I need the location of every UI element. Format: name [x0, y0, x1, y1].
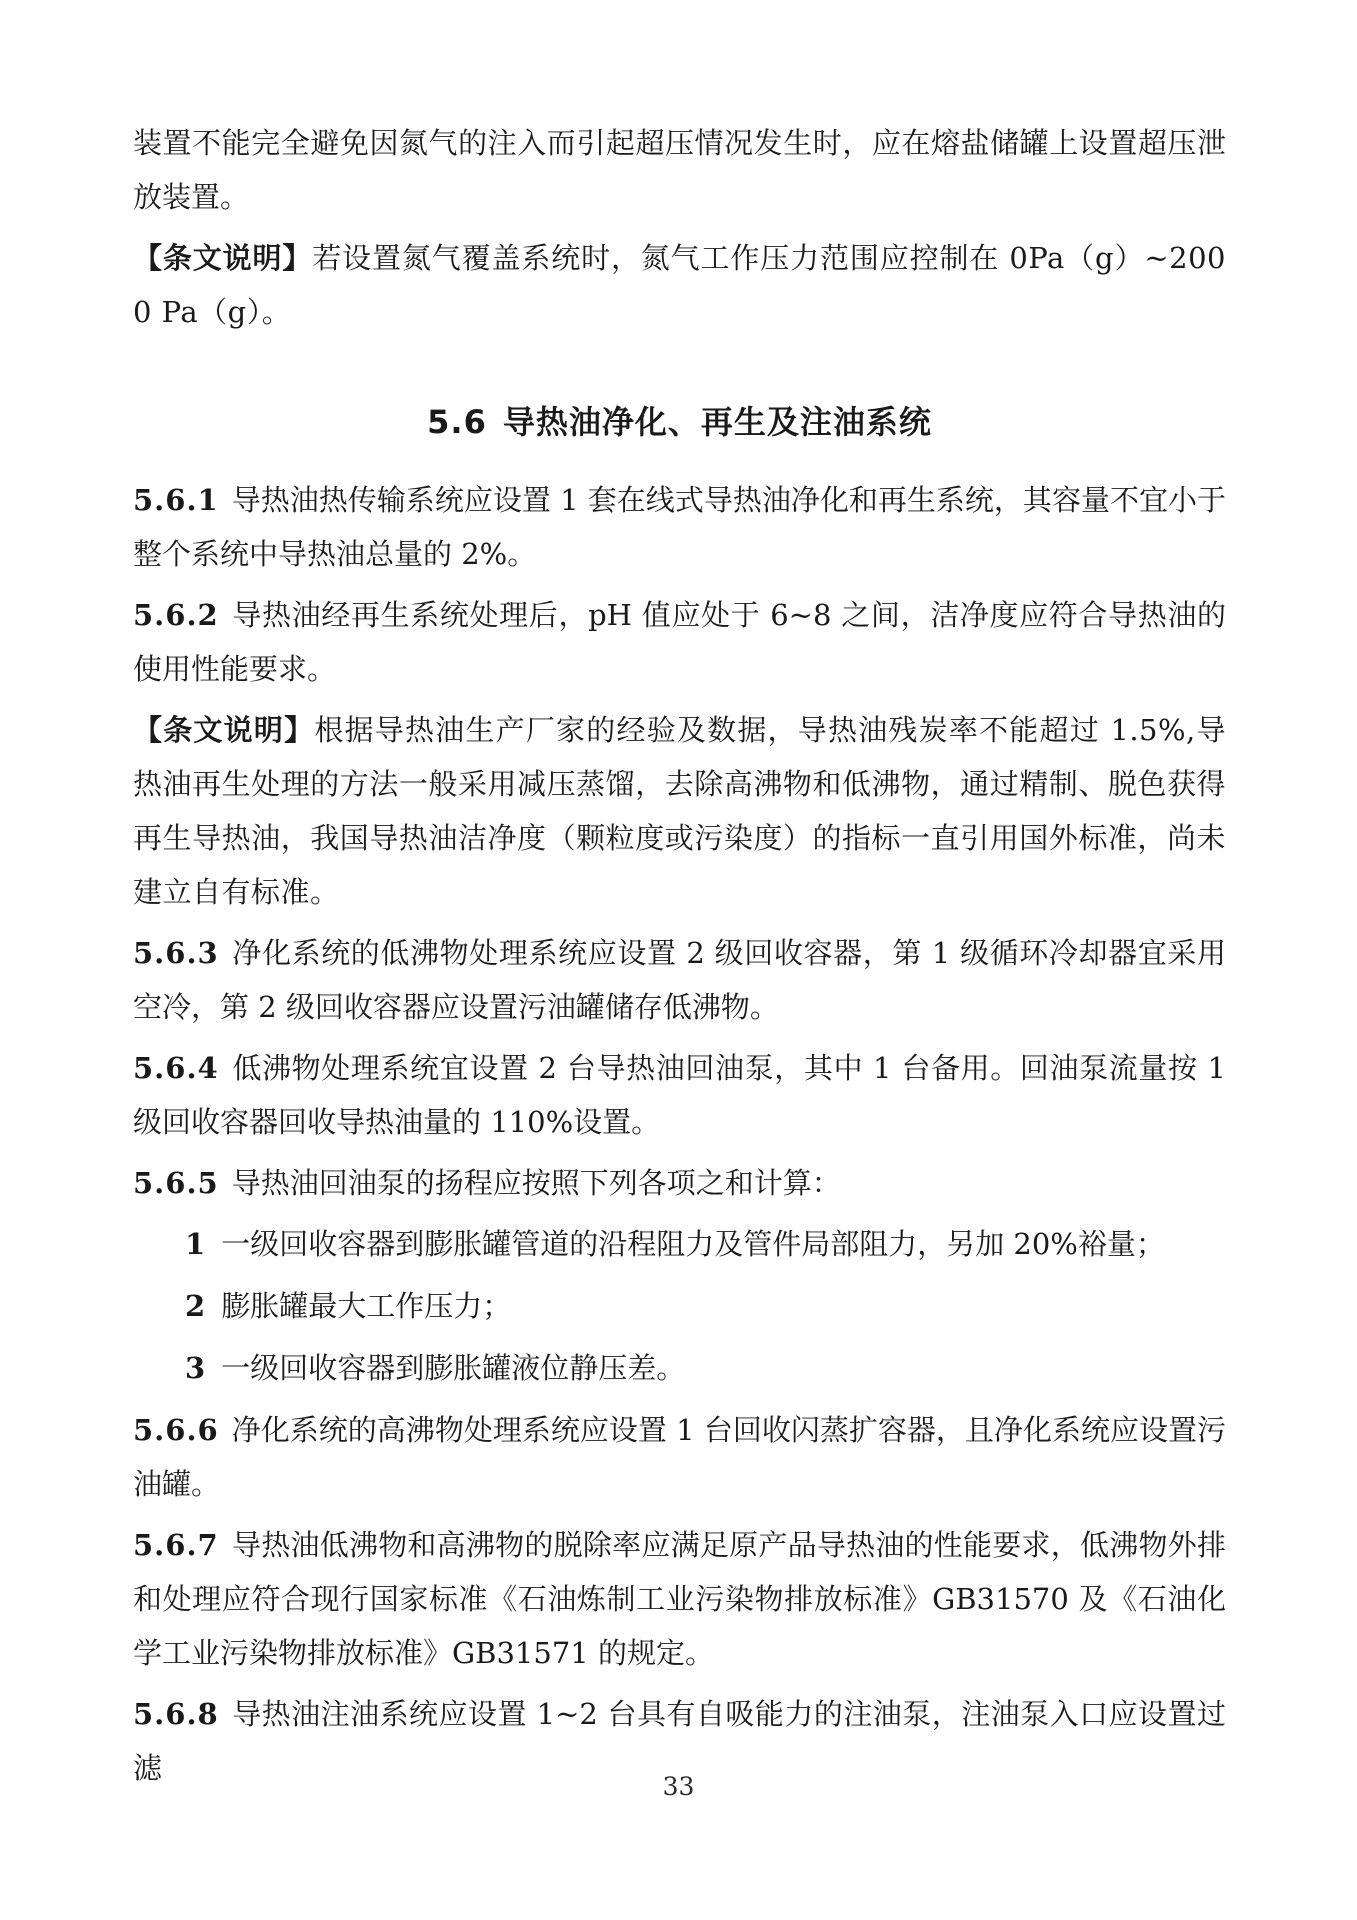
- page-number: 33: [0, 1772, 1357, 1801]
- clause-number: 5.6.7: [133, 1528, 219, 1562]
- list-item-2: 2膨胀罐最大工作压力；: [133, 1279, 1226, 1333]
- clause-number: 5.6.4: [133, 1051, 219, 1085]
- clause-text: 低沸物处理系统宜设置 2 台导热油回油泵，其中 1 台备用。回油泵流量按 1 级…: [133, 1051, 1226, 1139]
- list-item-number: 2: [185, 1289, 205, 1323]
- clause-number: 5.6.3: [133, 936, 219, 970]
- clause-text: 导热油回油泵的扬程应按照下列各项之和计算：: [232, 1166, 841, 1200]
- section-heading-title: 导热油净化、再生及注油系统: [503, 403, 932, 441]
- clause-5-6-1: 5.6.1导热油热传输系统应设置 1 套在线式导热油净化和再生系统，其容量不宜小…: [133, 473, 1226, 581]
- commentary-label: 【条文说明】: [133, 241, 312, 275]
- list-item-text: 膨胀罐最大工作压力；: [221, 1289, 511, 1323]
- clause-number: 5.6.2: [133, 598, 219, 632]
- clause-text: 导热油低沸物和高沸物的脱除率应满足原产品导热油的性能要求，低沸物外排和处理应符合…: [133, 1528, 1226, 1670]
- clause-text: 净化系统的高沸物处理系统应设置 1 台回收闪蒸扩容器，且净化系统应设置污油罐。: [133, 1413, 1226, 1501]
- clause-text: 导热油热传输系统应设置 1 套在线式导热油净化和再生系统，其容量不宜小于整个系统…: [133, 483, 1226, 571]
- list-item-text: 一级回收容器到膨胀罐液位静压差。: [221, 1351, 685, 1385]
- clause-5-6-6: 5.6.6净化系统的高沸物处理系统应设置 1 台回收闪蒸扩容器，且净化系统应设置…: [133, 1403, 1226, 1511]
- clause-number: 5.6.8: [133, 1697, 219, 1731]
- list-item-number: 1: [185, 1227, 205, 1261]
- clause-5-6-2: 5.6.2导热油经再生系统处理后，pH 值应处于 6~8 之间，洁净度应符合导热…: [133, 588, 1226, 696]
- section-heading: 5.6导热油净化、再生及注油系统: [133, 397, 1226, 443]
- list-item-3: 3一级回收容器到膨胀罐液位静压差。: [133, 1341, 1226, 1395]
- clause-number: 5.6.6: [133, 1413, 219, 1447]
- clause-5-6-7: 5.6.7导热油低沸物和高沸物的脱除率应满足原产品导热油的性能要求，低沸物外排和…: [133, 1518, 1226, 1680]
- clause-number: 5.6.5: [133, 1166, 219, 1200]
- document-page: 装置不能完全避免因氮气的注入而引起超压情况发生时，应在熔盐储罐上设置超压泄放装置…: [0, 0, 1357, 1920]
- commentary-label: 【条文说明】: [133, 713, 314, 747]
- clause-5-6-4: 5.6.4低沸物处理系统宜设置 2 台导热油回油泵，其中 1 台备用。回油泵流量…: [133, 1041, 1226, 1149]
- commentary-5-6-2: 【条文说明】根据导热油生产厂家的经验及数据，导热油残炭率不能超过 1.5%,导热…: [133, 703, 1226, 919]
- list-item-1: 1一级回收容器到膨胀罐管道的沿程阻力及管件局部阻力，另加 20%裕量；: [133, 1217, 1226, 1271]
- clause-text: 导热油经再生系统处理后，pH 值应处于 6~8 之间，洁净度应符合导热油的使用性…: [133, 598, 1226, 686]
- clause-text: 净化系统的低沸物处理系统应设置 2 级回收容器，第 1 级循环冷却器宜采用空冷，…: [133, 936, 1226, 1024]
- clause-number: 5.6.1: [133, 483, 219, 517]
- paragraph-continuation: 装置不能完全避免因氮气的注入而引起超压情况发生时，应在熔盐储罐上设置超压泄放装置…: [133, 116, 1226, 224]
- clause-5-6-3: 5.6.3净化系统的低沸物处理系统应设置 2 级回收容器，第 1 级循环冷却器宜…: [133, 926, 1226, 1034]
- document-content: 装置不能完全避免因氮气的注入而引起超压情况发生时，应在熔盐储罐上设置超压泄放装置…: [133, 116, 1226, 1802]
- list-item-text: 一级回收容器到膨胀罐管道的沿程阻力及管件局部阻力，另加 20%裕量；: [221, 1227, 1165, 1261]
- paragraph-continuation-text: 装置不能完全避免因氮气的注入而引起超压情况发生时，应在熔盐储罐上设置超压泄放装置…: [133, 126, 1226, 214]
- clause-5-6-5: 5.6.5导热油回油泵的扬程应按照下列各项之和计算：: [133, 1156, 1226, 1210]
- section-heading-number: 5.6: [427, 403, 487, 441]
- commentary-nitrogen: 【条文说明】若设置氮气覆盖系统时，氮气工作压力范围应控制在 0Pa（g）~200…: [133, 231, 1226, 339]
- list-item-number: 3: [185, 1351, 205, 1385]
